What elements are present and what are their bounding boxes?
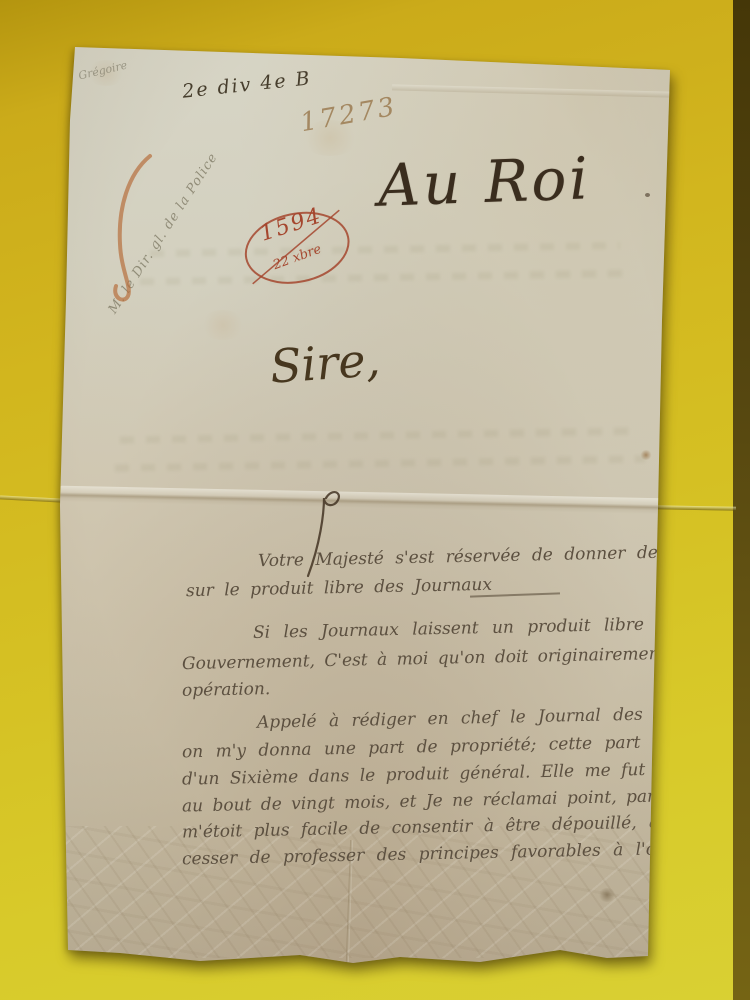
date-stamp: 1594 22 xbre	[233, 197, 359, 297]
ink-speck	[598, 888, 616, 902]
registry-note: 2e div 4e B	[181, 67, 312, 102]
stain-spot	[200, 310, 246, 340]
ink-dot	[645, 193, 650, 197]
body-line: Si les Journaux laissent un produit libr…	[253, 613, 726, 643]
folder-fold-crease-left	[0, 495, 62, 502]
show-through-line	[140, 270, 630, 286]
folder-fold-crease-right	[654, 505, 736, 510]
body-line: on m'y donna une part de propriété; cett…	[182, 732, 693, 763]
body-line: Appelé à rédiger en chef le Journal des …	[257, 703, 716, 733]
body-line: opération.	[182, 679, 271, 701]
photograph-of-letter: Grégoire 2e div 4e B 17273 M. le Dir. gl…	[0, 0, 750, 1000]
folder-edge-shadow-strip	[733, 0, 750, 1000]
orange-paraph-mark	[98, 148, 168, 308]
body-line: au bout de vingt mois, et Je ne réclamai…	[182, 785, 712, 816]
show-through-line	[150, 242, 620, 257]
letter-paper: Grégoire 2e div 4e B 17273 M. le Dir. gl…	[0, 0, 750, 1000]
body-line: d'un Sixième dans le produit général. El…	[182, 758, 722, 789]
paper-top-crease	[392, 84, 670, 97]
letter-salutation: Sire,	[268, 332, 382, 394]
letter-title: Au Roi	[377, 144, 592, 219]
body-line: Gouvernement, C'est à moi qu'on doit ori…	[182, 642, 750, 674]
body-line: sur le produit libre des Journaux	[186, 575, 492, 601]
paper-fold-crease	[60, 486, 662, 515]
show-through-line	[120, 427, 640, 443]
show-through-line	[115, 455, 645, 471]
